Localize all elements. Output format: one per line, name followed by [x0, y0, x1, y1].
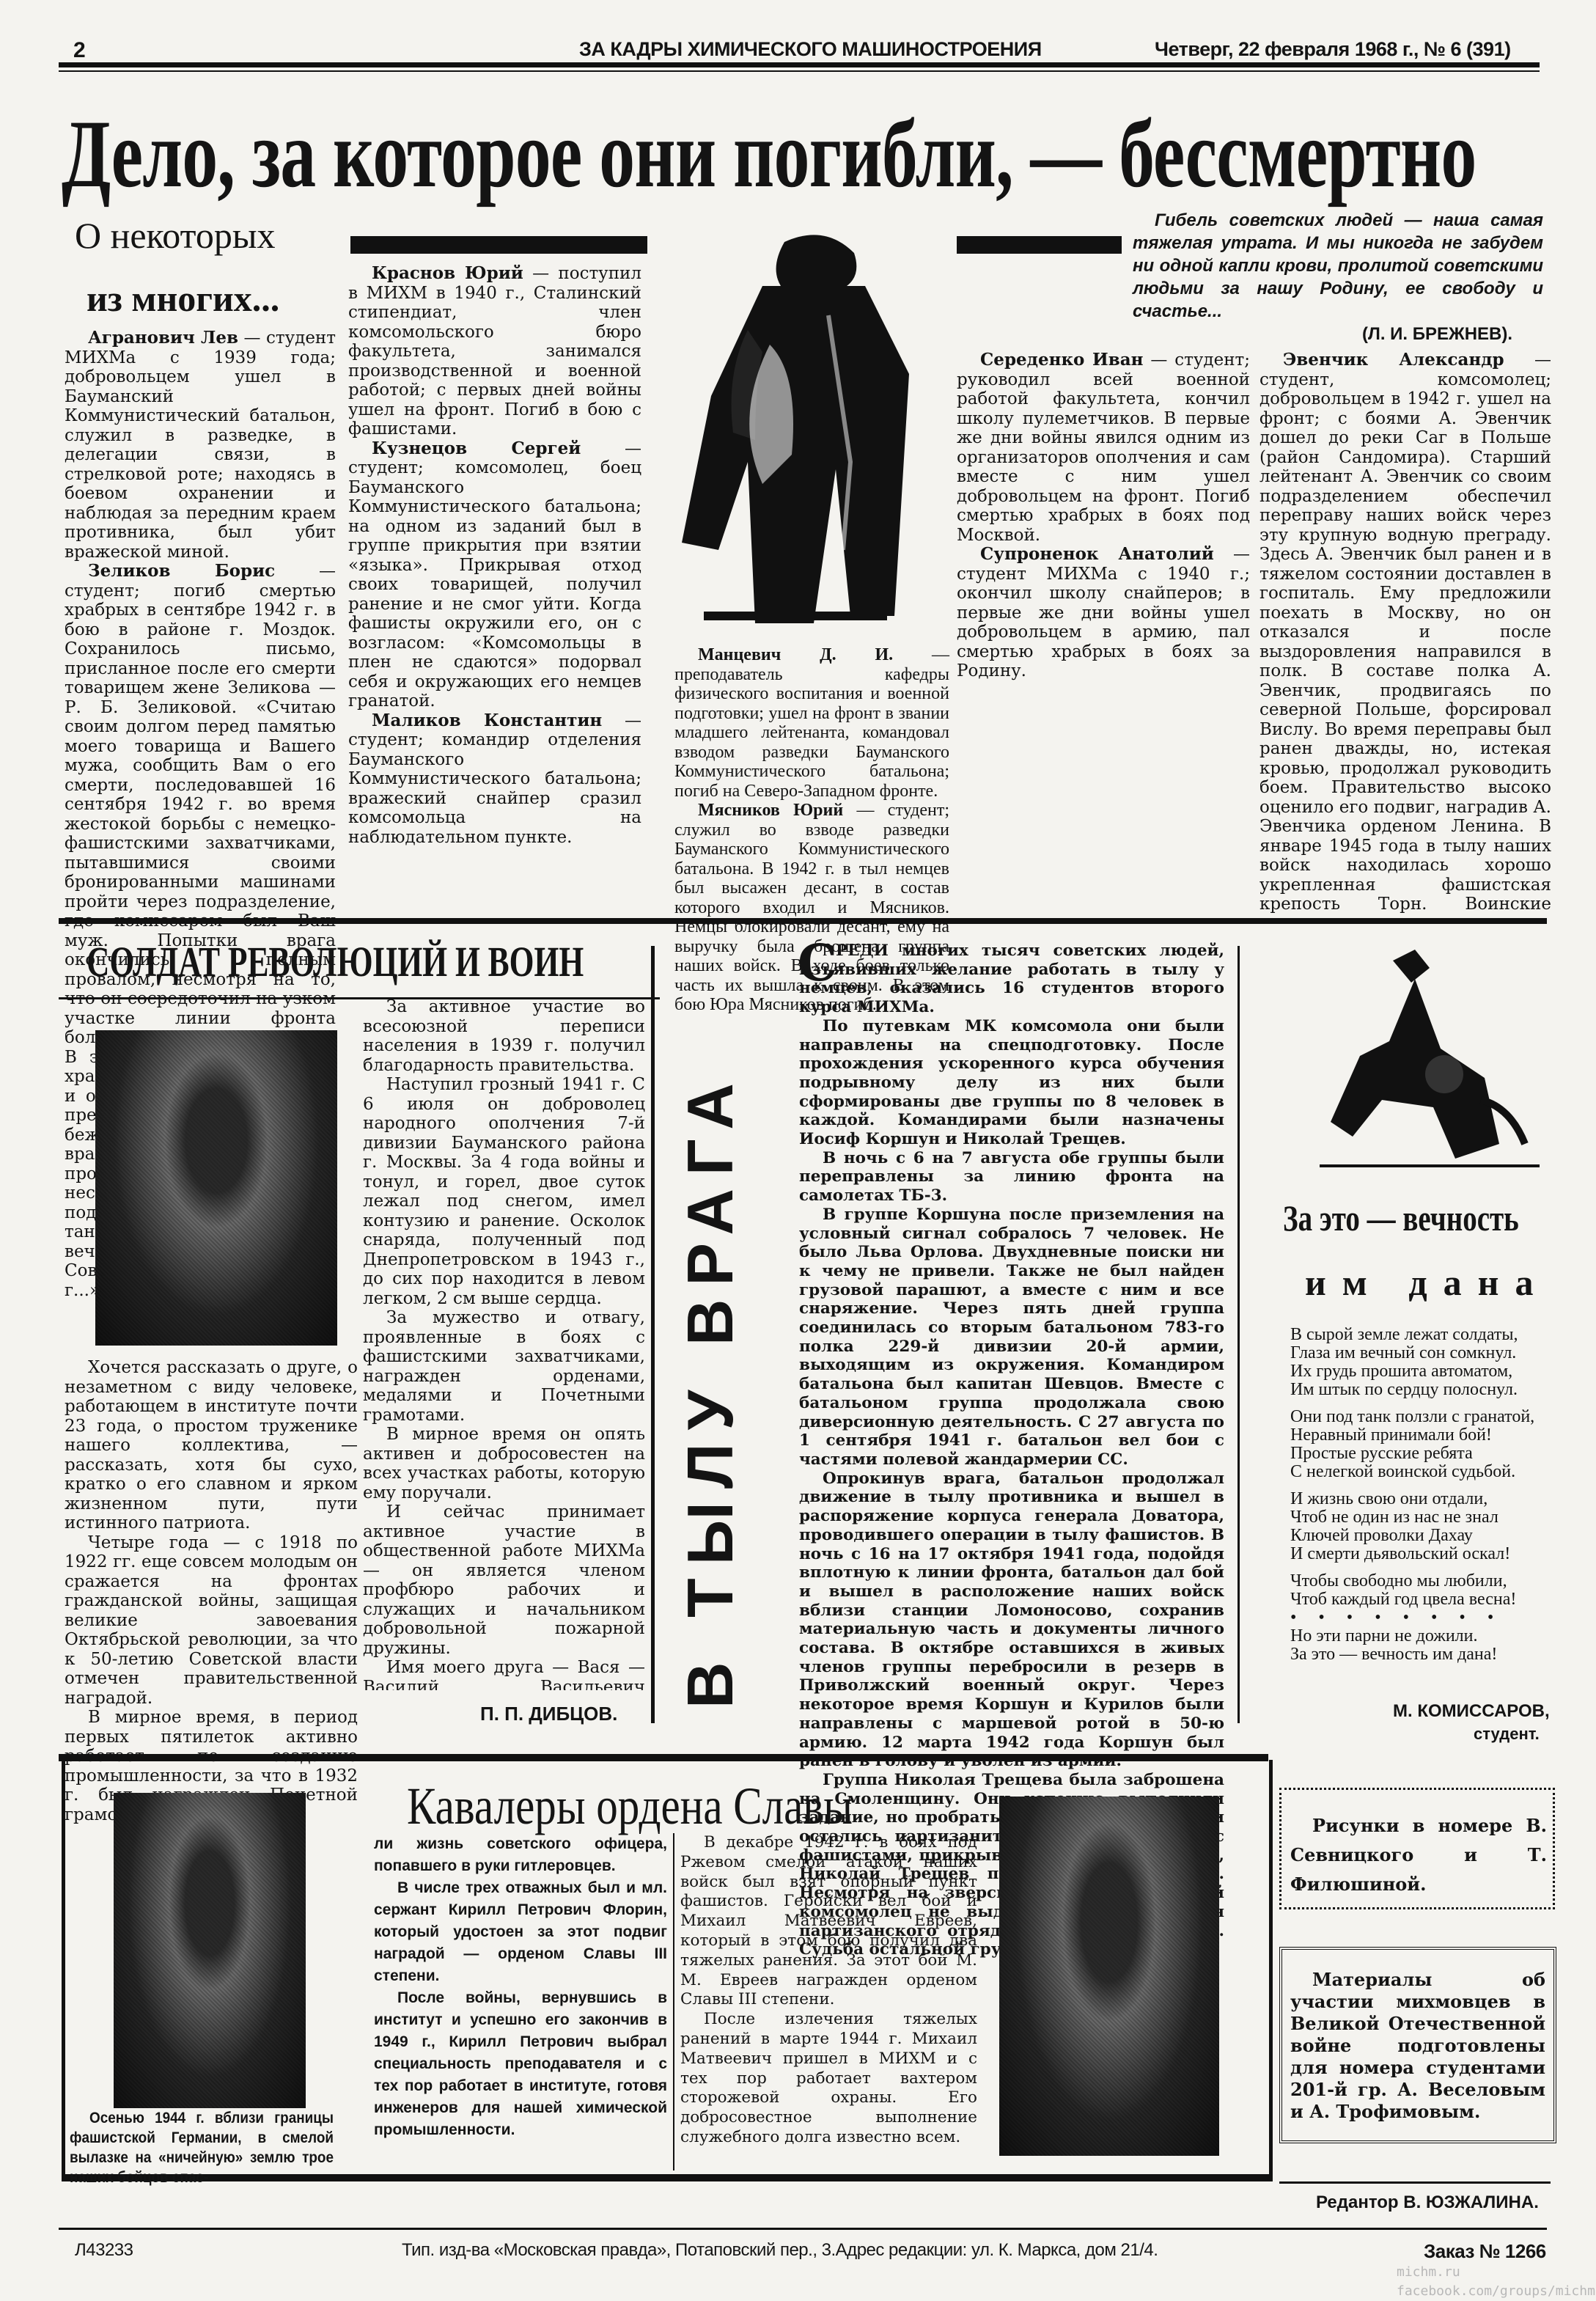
memorial-entry: Маликов Константин — студент; командир о… [348, 711, 641, 848]
editor-rule [1279, 2181, 1551, 2184]
memorial-entry: Манцевич Д. И. — преподаватель кафедры ф… [674, 645, 949, 801]
memorial-column-5: Эвенчик Александр — студент, комсомолец;… [1259, 351, 1551, 915]
column-rule [673, 1833, 674, 2170]
paragraph: В мирное время он опять активен и доброс… [363, 1425, 645, 1502]
poem-stanza: В сырой земле лежат солдаты,Глаза им веч… [1290, 1326, 1554, 1399]
column-rule [651, 946, 655, 1723]
portrait-photo-evreev [999, 1797, 1219, 2156]
poem-author: М. КОМИССАРОВ, [1393, 1701, 1550, 1722]
grenade-thrower-illustration [1305, 946, 1547, 1173]
poem-stanza: Но эти парни не дожили.За это — вечность… [1290, 1627, 1554, 1664]
footer-code: Л43233 [75, 2240, 133, 2261]
decor-bar-right [957, 236, 1122, 254]
paragraph: В числе трех отважных был и мл. сержант … [374, 1877, 667, 1987]
poem-stanza: Они под танк ползли с гранатой,Неравный … [1290, 1408, 1554, 1481]
soldier-section-title: СОЛДАТ РЕВОЛЮЦИЙ И ВОИН [87, 937, 584, 986]
paragraph: За активное участие во всесоюзной перепи… [363, 997, 645, 1075]
memorial-entry: Супроненок Анатолий — студент МИХМа с 19… [957, 545, 1250, 681]
footer-rule [59, 2228, 1547, 2230]
page-headline: Дело, за которое они погибли, — бессмерт… [62, 103, 1158, 205]
decor-bar-left [350, 236, 647, 254]
brezhnev-quote-author: (Л. И. БРЕЖНЕВ). [1362, 324, 1512, 345]
poem-separator: • • • • • • • • [1290, 1609, 1554, 1627]
memorial-column-2: Краснов Юрий — поступил в МИХМ в 1940 г.… [348, 264, 641, 909]
brezhnev-quote: Гибель советских людей — наша самая тяже… [1133, 209, 1543, 323]
page-number: 2 [73, 38, 85, 63]
notice-drawings: Рисунки в номере В. Севницкого и Т. Филю… [1290, 1811, 1547, 1899]
memorial-title-1: О некоторых [75, 214, 275, 257]
poem-author-role: студент. [1474, 1725, 1540, 1744]
editor-name: Редантор В. ЮЗЖАЛИНА. [1316, 2192, 1539, 2213]
footer-order: Заказ № 1266 [1424, 2240, 1546, 2263]
paragraph: Имя моего друга — Вася — Василий Василье… [363, 1658, 645, 1690]
memorial-title-2: из многих... [87, 277, 279, 320]
column-rule [1238, 946, 1240, 1723]
paragraph: В декабре 1942 г. в боях под Ржевом смел… [680, 1833, 977, 2010]
paragraph: РЕДИ многих тысяч советских людей, изъяв… [799, 942, 1224, 1017]
glory-column-2: ли жизнь советского офицера, попавшего в… [374, 1833, 667, 2141]
watermark-facebook: facebook.com/groups/michm [1397, 2283, 1595, 2299]
memorial-entry: Кузнецов Сергей — студент; комсомолец, б… [348, 439, 641, 711]
masthead-rule [59, 62, 1540, 67]
soldier-mourning-illustration [660, 220, 931, 642]
rear-vertical-title: В ТЫЛУ ВРАГА [673, 1005, 748, 1709]
paragraph: Наступил грозный 1941 г. С 6 июля он доб… [363, 1075, 645, 1308]
footer-printer: Тип. изд-ва «Московская правда», Потапов… [402, 2240, 1158, 2261]
notice-materials: Материалы об участии михмовцев в Великой… [1290, 1969, 1545, 2123]
paragraph: В ночь с 6 на 7 августа обе группы были … [799, 1149, 1224, 1205]
glory-caption-left: Осенью 1944 г. вблизи границы фашистской… [70, 2108, 334, 2187]
portrait-photo-florin [114, 1793, 306, 2108]
masthead-rule-thin [59, 70, 1540, 72]
paragraph: За мужество и отвагу, проявленные в боях… [363, 1308, 645, 1425]
paragraph: В группе Коршуна после приземления на ус… [799, 1205, 1224, 1469]
paragraph: Опрокинув врага, батальон продолжал движ… [799, 1469, 1224, 1771]
poem-stanza: Чтобы свободно мы любили,Чтоб каждый год… [1290, 1572, 1554, 1609]
soldier-text-right: За активное участие во всесоюзной перепи… [363, 997, 645, 1690]
paragraph: Четыре года — с 1918 по 1922 гг. еще сов… [65, 1533, 358, 1709]
soldier-article-author: П. П. ДИБЦОВ. [480, 1703, 617, 1725]
newspaper-title: ЗА КАДРЫ ХИМИЧЕСКОГО МАШИНОСТРОЕНИЯ [579, 38, 1042, 61]
poem-title-1: За это — вечность [1283, 1197, 1519, 1239]
paragraph: После излечения тяжелых ранений в марте … [680, 2010, 977, 2148]
memorial-entry: Агранович Лев — студент МИХМа с 1939 год… [65, 329, 336, 562]
paragraph: После войны, вернувшись в институт и усп… [374, 1987, 667, 2141]
paragraph: ли жизнь советского офицера, попавшего в… [374, 1833, 667, 1877]
paragraph: По путевкам МК комсомола они были направ… [799, 1017, 1224, 1149]
poem-stanza: И жизнь свою они отдали,Чтоб не один из … [1290, 1490, 1554, 1563]
glory-section-title: Кавалеры ордена Славы [407, 1776, 853, 1837]
memorial-column-4: Середенко Иван — студент; руководил всей… [957, 351, 1250, 681]
paragraph: Хочется рассказать о друге, о незаметном… [65, 1358, 358, 1533]
portrait-photo-kalmykov [95, 1030, 337, 1346]
issue-info: Четверг, 22 февраля 1968 г., № 6 (391) [1155, 38, 1511, 61]
poem-title-2: им дана [1305, 1261, 1549, 1304]
section-divider [59, 918, 1547, 924]
memorial-entry: Середенко Иван — студент; руководил всей… [957, 351, 1250, 545]
watermark-site: michm.ru [1397, 2264, 1460, 2280]
paragraph: И сейчас принимает активное участие в об… [363, 1502, 645, 1658]
memorial-entry: Краснов Юрий — поступил в МИХМ в 1940 г.… [348, 264, 641, 439]
poem-body: В сырой земле лежат солдаты,Глаза им веч… [1290, 1326, 1554, 1664]
memorial-entry: Эвенчик Александр — студент, комсомолец;… [1259, 351, 1551, 915]
glory-column-3: В декабре 1942 г. в боях под Ржевом смел… [680, 1833, 977, 2148]
